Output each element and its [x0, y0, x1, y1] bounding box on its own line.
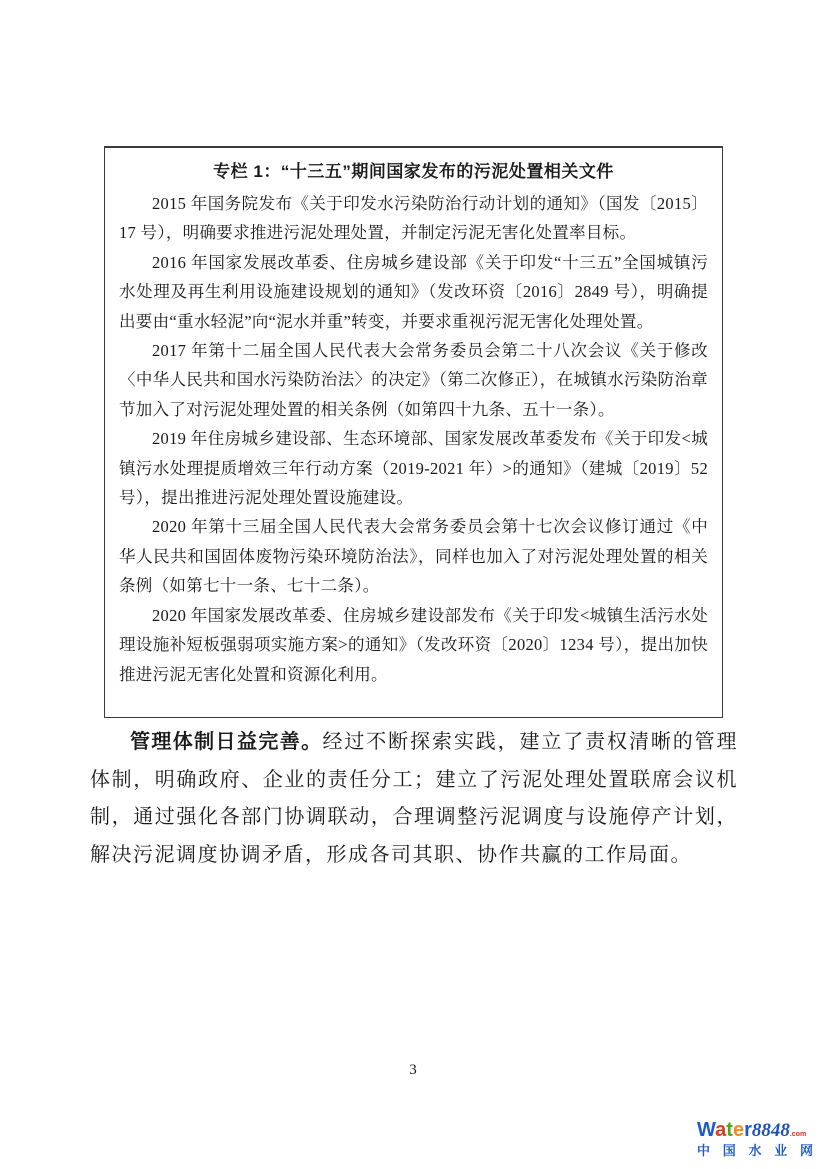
watermark-tld: .com [790, 1131, 806, 1138]
watermark-subtitle: 中国水业网 [697, 1144, 813, 1157]
box-paragraphs: 2015 年国务院发布《关于印发水污染防治行动计划的通知》（国发〔2015〕17… [119, 189, 708, 689]
box-paragraph: 2020 年国家发展改革委、住房城乡建设部发布《关于印发<城镇生活污水处理设施补… [119, 601, 708, 689]
management-paragraph: 管理体制日益完善。经过不断探索实践，建立了责权清晰的管理体制，明确政府、企业的责… [90, 724, 738, 874]
box-paragraph: 2020 年第十三届全国人民代表大会常务委员会第十七次会议修订通过《中华人民共和… [119, 512, 708, 600]
watermark-word: Water [697, 1123, 752, 1140]
watermark-logo: Water8848.com 中国水业网 [697, 1120, 813, 1157]
box-paragraph: 2015 年国务院发布《关于印发水污染防治行动计划的通知》（国发〔2015〕17… [119, 189, 708, 248]
watermark-number: 8848 [752, 1120, 790, 1141]
box-paragraph: 2017 年第十二届全国人民代表大会常务委员会第二十八次会议《关于修改〈中华人民… [119, 336, 708, 424]
watermark-line1: Water8848.com [697, 1120, 813, 1140]
box-paragraph: 2016 年国家发展改革委、住房城乡建设部《关于印发“十三五”全国城镇污水处理及… [119, 248, 708, 336]
box-title: 专栏 1：“十三五”期间国家发布的污泥处置相关文件 [119, 158, 708, 186]
document-page: 专栏 1：“十三五”期间国家发布的污泥处置相关文件 2015 年国务院发布《关于… [0, 0, 826, 1169]
policy-box: 专栏 1：“十三五”期间国家发布的污泥处置相关文件 2015 年国务院发布《关于… [104, 146, 723, 718]
page-number: 3 [0, 1062, 826, 1079]
paragraph-lead: 管理体制日益完善。 [130, 731, 323, 753]
box-paragraph: 2019 年住房城乡建设部、生态环境部、国家发展改革委发布《关于印发<城镇污水处… [119, 424, 708, 512]
